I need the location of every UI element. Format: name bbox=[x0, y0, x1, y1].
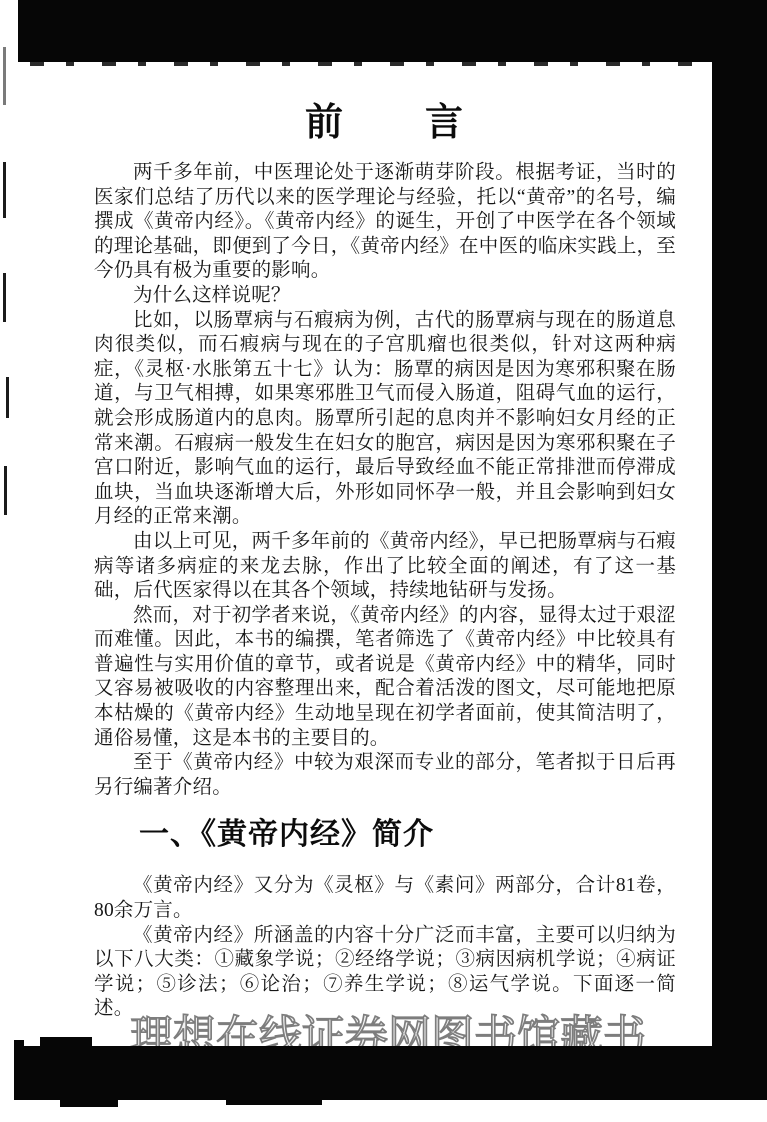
scan-edge-line bbox=[6, 377, 9, 418]
scan-black-band-right bbox=[712, 0, 767, 1100]
preface-paragraph: 至于《黄帝内经》中较为艰深而专业的部分，笔者拟于日后再另行编著介绍。 bbox=[94, 751, 676, 800]
page-content: 前 言 两千多年前，中医理论处于逐渐萌芽阶段。根据考证，当时的医家们总结了历代以… bbox=[94, 100, 676, 1022]
scan-edge-line bbox=[3, 273, 6, 322]
preface-paragraph: 两千多年前，中医理论处于逐渐萌芽阶段。根据考证，当时的医家们总结了历代以来的医学… bbox=[94, 161, 676, 284]
scan-black-band-bottom bbox=[14, 1046, 767, 1100]
scan-smudge bbox=[60, 1100, 118, 1107]
scan-smudge bbox=[14, 1040, 24, 1050]
scan-edge-line bbox=[4, 466, 7, 515]
preface-paragraph: 为什么这样说呢？ bbox=[94, 284, 676, 309]
section-paragraph: 《黄帝内经》所涵盖的内容十分广泛而丰富，主要可以归纳为以下八大类：①藏象学说；②… bbox=[94, 924, 676, 1022]
section-heading: 一、《黄帝内经》简介 bbox=[139, 818, 676, 852]
page-title: 前 言 bbox=[94, 100, 676, 146]
scanned-book-page: 理想在线证券网图书馆藏书 前 言 两千多年前，中医理论处于逐渐萌芽阶段。根据考证… bbox=[0, 0, 767, 1122]
section-paragraph: 《黄帝内经》又分为《灵枢》与《素问》两部分，合计81卷，80余万言。 bbox=[94, 874, 676, 923]
scan-edge-line bbox=[3, 47, 6, 105]
preface-paragraph: 由以上可见，两千多年前的《黄帝内经》，早已把肠覃病与石瘕病等诸多病症的来龙去脉，… bbox=[94, 530, 676, 604]
scan-edge-line bbox=[3, 162, 6, 218]
scan-smudge bbox=[40, 1037, 92, 1048]
scan-band-ragged-edge bbox=[30, 62, 730, 66]
scan-smudge bbox=[226, 1100, 322, 1105]
preface-paragraph: 然而，对于初学者来说，《黄帝内经》的内容，显得太过于艰涩而难懂。因此，本书的编撰… bbox=[94, 604, 676, 752]
preface-paragraph: 比如，以肠覃病与石瘕病为例，古代的肠覃病与现在的肠道息肉很类似，而石瘕病与现在的… bbox=[94, 309, 676, 530]
scan-black-band-top bbox=[18, 0, 767, 62]
